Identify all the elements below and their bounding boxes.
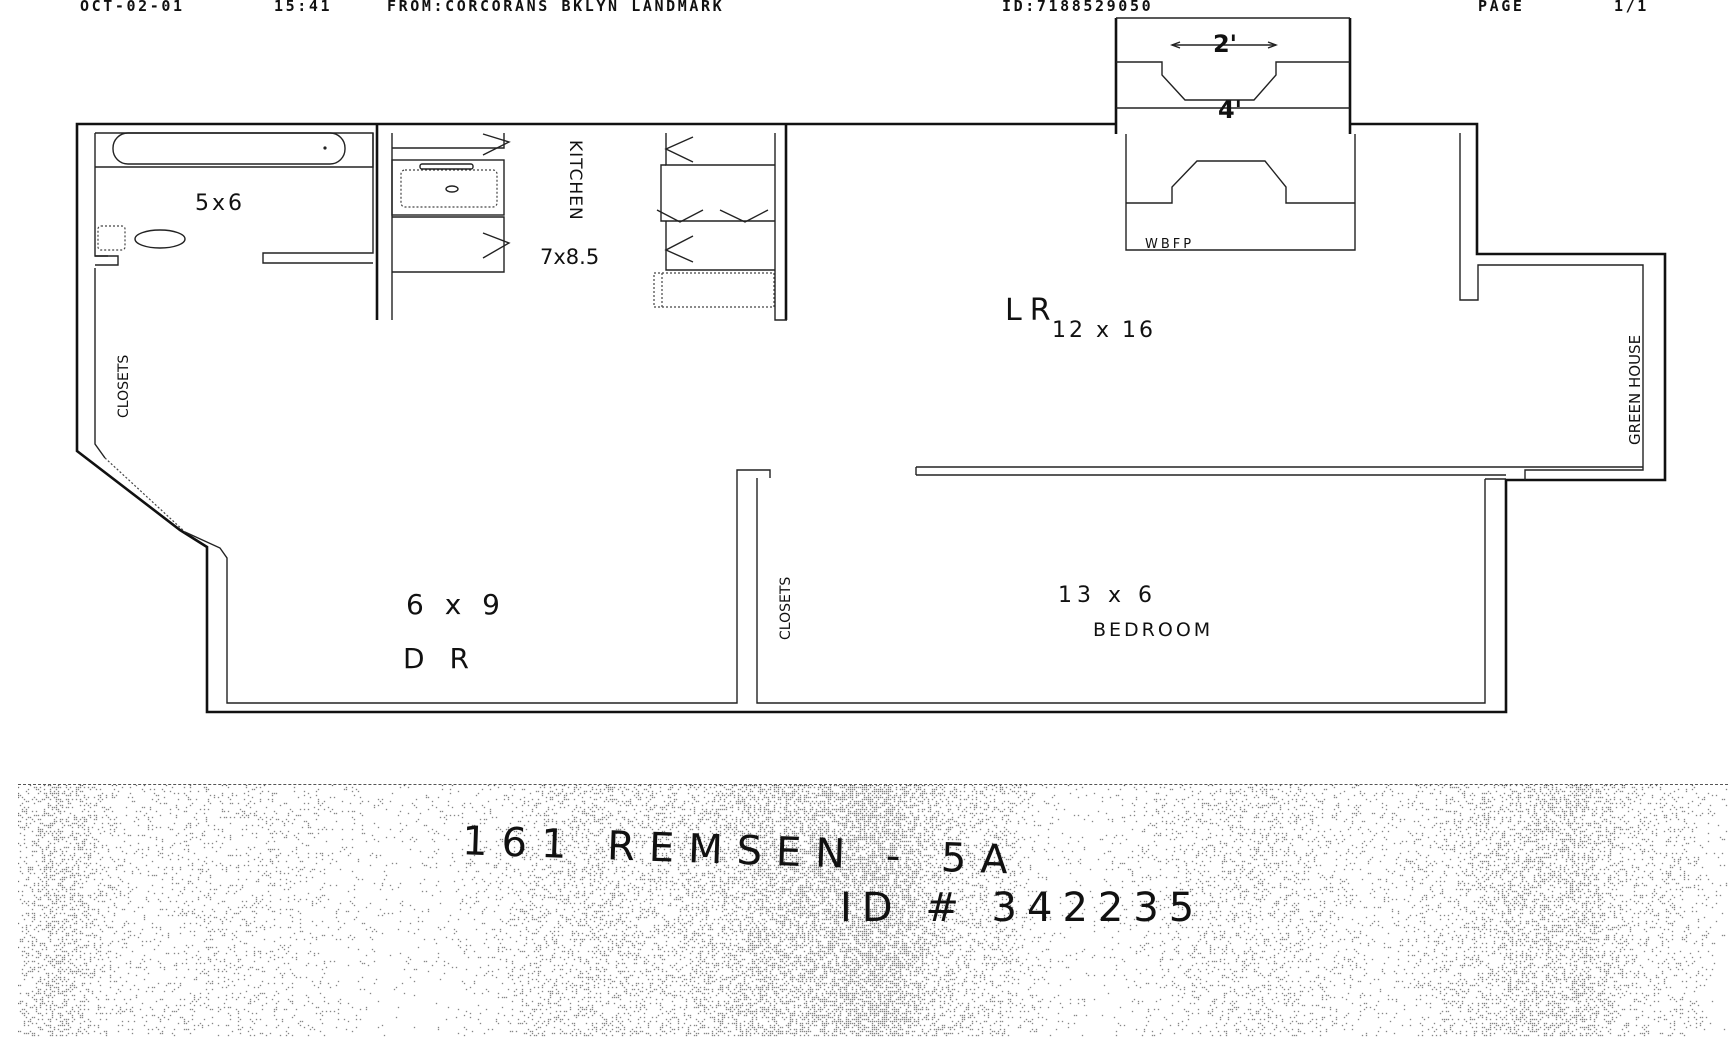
- fireplace-top-width: 2': [1213, 30, 1237, 58]
- dining-room-size: 6 x 9: [406, 588, 506, 621]
- kitchen-name: KITCHEN: [565, 140, 585, 221]
- greenhouse-label: GREEN HOUSE: [1626, 335, 1644, 445]
- bedroom-size: 13 x 6: [1058, 583, 1157, 608]
- fireplace-label: WBFP: [1145, 237, 1194, 252]
- exterior-walls: [77, 18, 1665, 712]
- dining-room-name: D R: [403, 642, 477, 675]
- kitchen-size: 7x8.5: [540, 245, 599, 269]
- closets-left-label: CLOSETS: [116, 355, 132, 418]
- fireplace-bottom-width: 4': [1218, 96, 1242, 124]
- closets-middle-label: CLOSETS: [778, 577, 794, 640]
- bath-size: 5x6: [195, 191, 245, 216]
- bedroom-name: BEDROOM: [1093, 619, 1213, 641]
- listing-id-label: ID # 342235: [840, 885, 1204, 931]
- living-room-name: LR: [1005, 293, 1059, 328]
- living-room-size: 12 x 16: [1052, 318, 1156, 343]
